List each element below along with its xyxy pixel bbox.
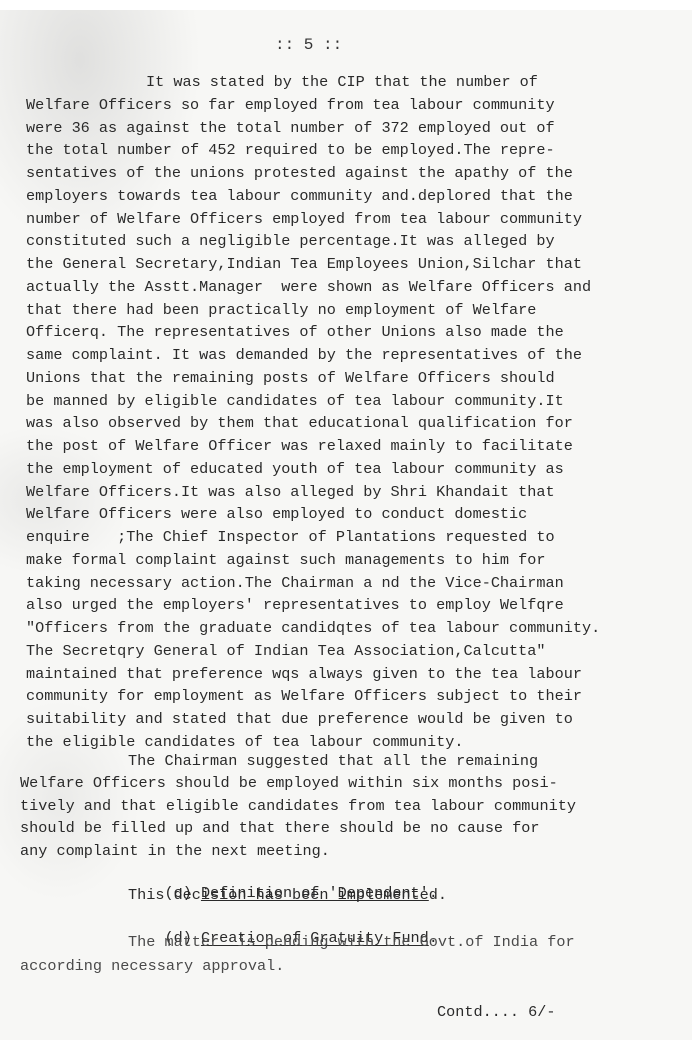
scan-top-margin — [0, 0, 700, 10]
paragraph-line: any complaint in the next meeting. — [20, 841, 330, 861]
paragraph-line: Welfare Officers were also employed to c… — [26, 504, 527, 524]
paragraph-line: the post of Welfare Officer was relaxed … — [26, 436, 573, 456]
scan-right-margin — [692, 0, 700, 1040]
paragraph-line: enquire ;The Chief Inspector of Plantati… — [26, 527, 555, 547]
paragraph-line: community for employment as Welfare Offi… — [26, 686, 582, 706]
paragraph-line: It was stated by the CIP that the number… — [146, 72, 538, 92]
paragraph-line: Welfare Officers.It was also alleged by … — [26, 482, 555, 502]
item-d-body-line-1: The matter is pending with the Govt.of I… — [128, 932, 575, 952]
paragraph-line: make formal complaint against such manag… — [26, 550, 546, 570]
paragraph-line: constituted such a negligible percentage… — [26, 231, 555, 251]
paragraph-line: suitability and stated that due preferen… — [26, 709, 573, 729]
paragraph-line: Welfare Officers so far employed from te… — [26, 95, 555, 115]
item-d-heading-line: (d) Creation of Gratuity Fund. — [128, 908, 438, 928]
paragraph-line: taking necessary action.The Chairman a n… — [26, 573, 564, 593]
paragraph-line: were 36 as against the total number of 3… — [26, 118, 555, 138]
paragraph-line: "Officers from the graduate candidqtes o… — [26, 618, 600, 638]
paragraph-line: maintained that preference wqs always gi… — [26, 664, 582, 684]
paragraph-line: should be filled up and that there shoul… — [20, 818, 540, 838]
item-c-body: This decision has been implemented. — [128, 885, 447, 905]
paragraph-line: the employment of educated youth of tea … — [26, 459, 564, 479]
paragraph-line: The Chairman suggested that all the rema… — [128, 751, 538, 771]
paragraph-line: number of Welfare Officers employed from… — [26, 209, 582, 229]
paragraph-line: the eligible candidates of tea labour co… — [26, 732, 463, 752]
continued-marker: Contd.... 6/- — [437, 1003, 555, 1021]
paragraph-line: was also observed by them that education… — [26, 413, 573, 433]
paragraph-line: sentatives of the unions protested again… — [26, 163, 573, 183]
item-c-heading-line: (c) Definition of 'Dependent'. — [128, 863, 438, 883]
paragraph-line: Unions that the remaining posts of Welfa… — [26, 368, 555, 388]
paragraph-line: the General Secretary,Indian Tea Employe… — [26, 254, 582, 274]
paragraph-line: The Secretqry General of Indian Tea Asso… — [26, 641, 546, 661]
item-d-body-line-2: according necessary approval. — [20, 956, 284, 976]
paragraph-line: employers towards tea labour community a… — [26, 186, 573, 206]
paragraph-line: actually the Asstt.Manager were shown as… — [26, 277, 591, 297]
paragraph-line: Welfare Officers should be employed with… — [20, 773, 558, 793]
paragraph-line: Officerq. The representatives of other U… — [26, 322, 564, 342]
paragraph-line: also urged the employers' representative… — [26, 595, 564, 615]
paragraph-line: be manned by eligible candidates of tea … — [26, 391, 564, 411]
scanned-document-page: :: 5 :: It was stated by the CIP that th… — [0, 0, 700, 1040]
paragraph-line: tively and that eligible candidates from… — [20, 796, 576, 816]
paragraph-line: the total number of 452 required to be e… — [26, 140, 555, 160]
paragraph-line: that there had been practically no emplo… — [26, 300, 536, 320]
page-number: :: 5 :: — [275, 36, 342, 54]
paragraph-line: same complaint. It was demanded by the r… — [26, 345, 582, 365]
